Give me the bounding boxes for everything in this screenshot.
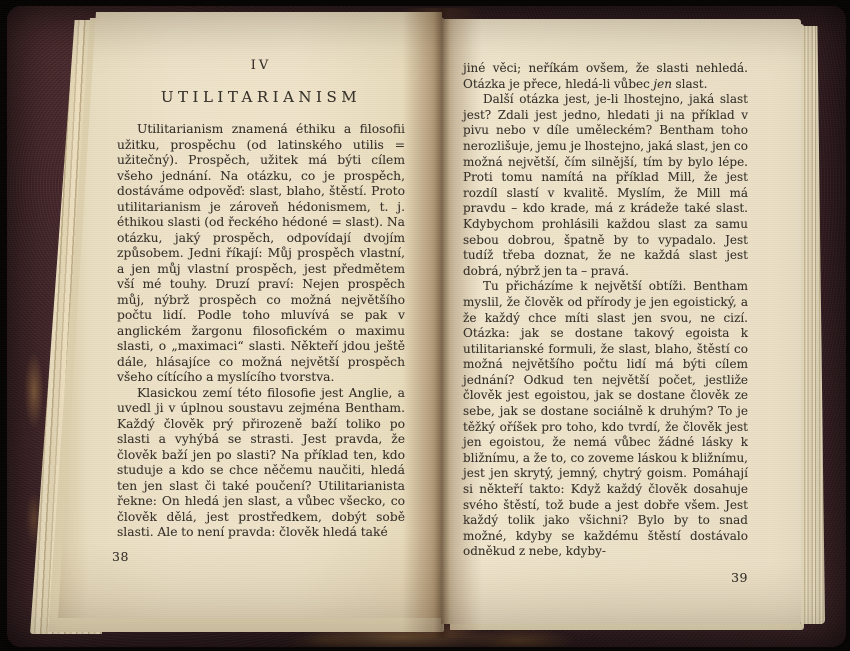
paragraph-segment: slast. xyxy=(672,77,707,91)
paragraph: Tu přicházíme k největší obtíži. Bentham… xyxy=(463,279,748,560)
paragraph: Další otázka jest, je-li lhostejno, jaká… xyxy=(463,92,748,279)
right-page-text: jiné věci; neříkám ovšem, že slasti nehl… xyxy=(463,61,748,586)
italic-word: jen xyxy=(653,77,672,91)
page-number-left: 38 xyxy=(112,549,405,565)
page-number-right: 39 xyxy=(463,570,748,586)
paragraph: Utilitarianism znamená éthiku a filosofi… xyxy=(117,122,405,386)
chapter-title: UTILITARIANISM xyxy=(117,90,405,106)
paragraph: Klasickou zemí této filosofie jest Angli… xyxy=(117,386,405,541)
left-page-text: IV UTILITARIANISM Utilitarianism znamená… xyxy=(117,58,405,564)
book-photo: IV UTILITARIANISM Utilitarianism znamená… xyxy=(0,0,850,651)
paragraph-continuation: jiné věci; neříkám ovšem, že slasti nehl… xyxy=(463,61,748,92)
chapter-number: IV xyxy=(117,58,405,74)
